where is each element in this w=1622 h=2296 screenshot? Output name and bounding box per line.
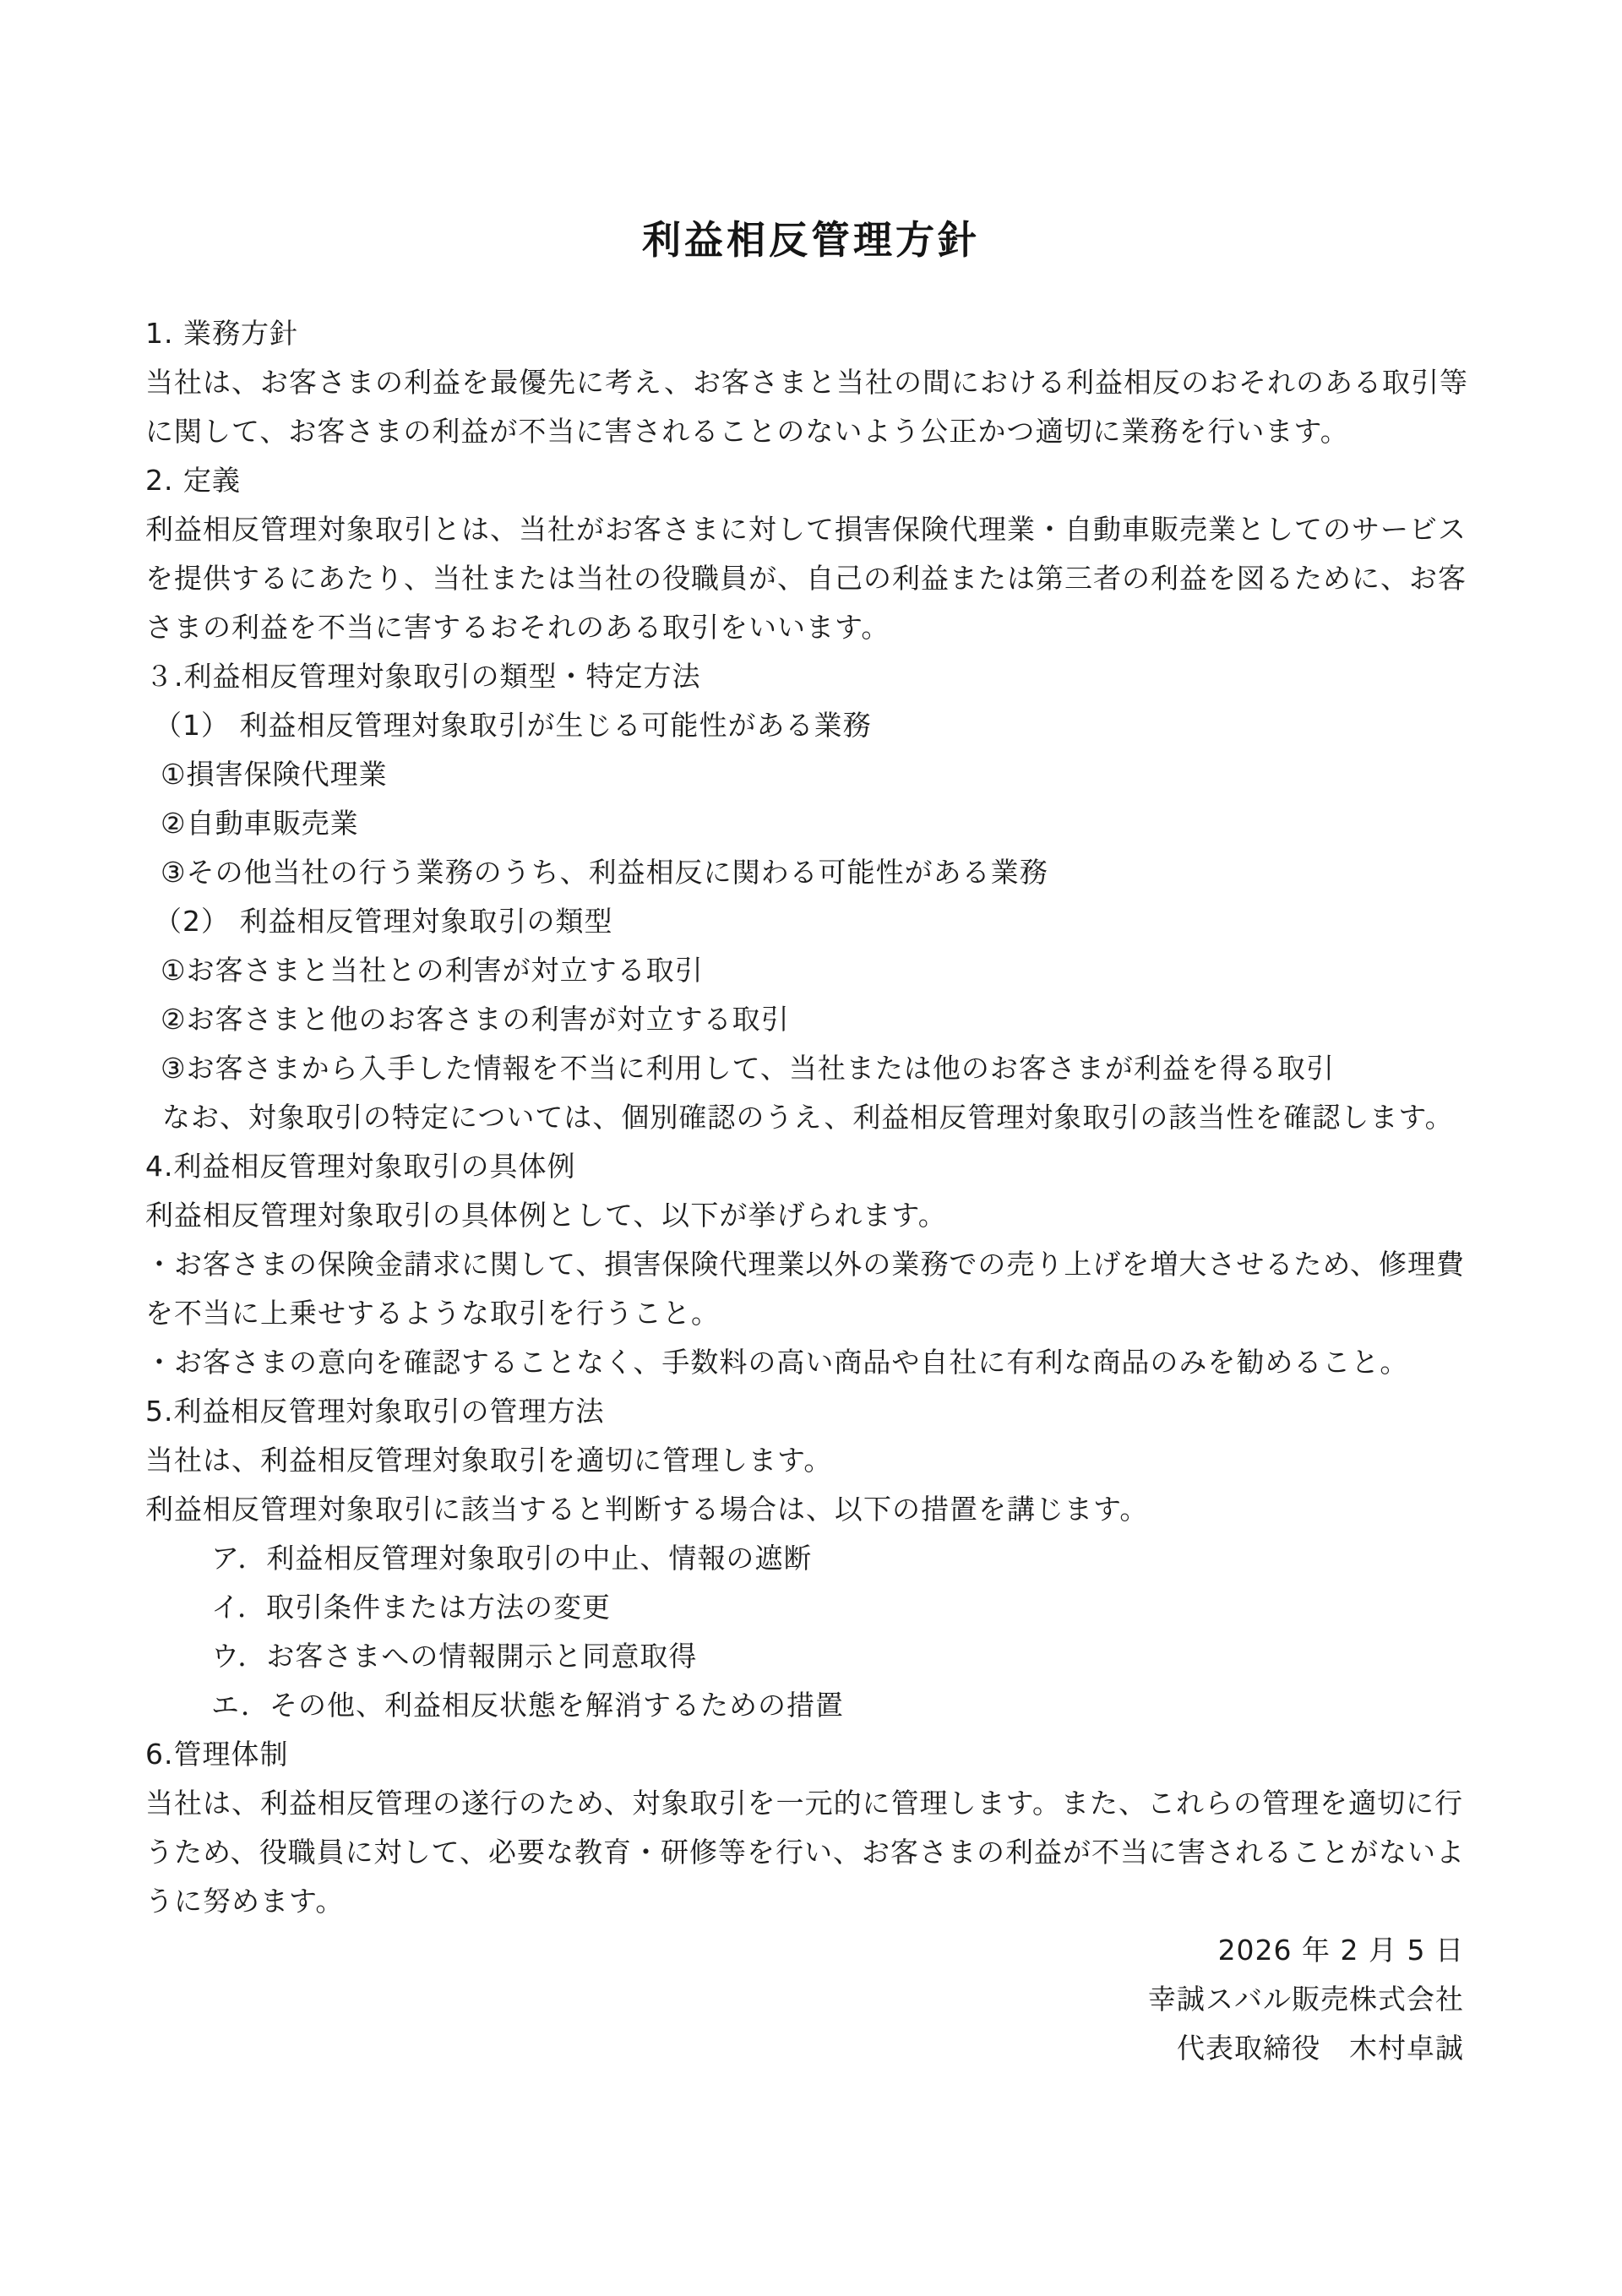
document-title: 利益相反管理方針: [0, 0, 1622, 265]
section-heading: ３.利益相反管理対象取引の類型・特定方法: [145, 652, 1485, 701]
body-line: さまの利益を不当に害するおそれのある取引をいいます。: [145, 603, 1485, 652]
body-line: 当社は、お客さまの利益を最優先に考え、お客さまと当社の間における利益相反のおそれ…: [145, 358, 1485, 407]
section-heading: 1. 業務方針: [145, 309, 1485, 358]
body-line: うため、役職員に対して、必要な教育・研修等を行い、お客さまの利益が不当に害される…: [145, 1828, 1485, 1877]
measure-list-item: ウ．お客さまへの情報開示と同意取得: [211, 1632, 1485, 1681]
numbered-item: ①損害保険代理業: [161, 750, 1485, 799]
document-page: 利益相反管理方針 1. 業務方針当社は、お客さまの利益を最優先に考え、お客さまと…: [0, 0, 1622, 2296]
sub-section-item: （2） 利益相反管理対象取引の類型: [154, 897, 1485, 946]
document-date: 2026 年 2 月 5 日: [0, 1926, 1464, 1975]
measure-list-item: エ．その他、利益相反状態を解消するための措置: [211, 1681, 1485, 1730]
numbered-item: ③その他当社の行う業務のうち、利益相反に関わる可能性がある業務: [161, 848, 1485, 897]
body-line: 当社は、利益相反管理対象取引を適切に管理します。: [145, 1436, 1485, 1485]
body-line: に関して、お客さまの利益が不当に害されることのないよう公正かつ適切に業務を行いま…: [145, 407, 1485, 456]
measure-list-item: ア．利益相反管理対象取引の中止、情報の遮断: [211, 1534, 1485, 1583]
numbered-item: ③お客さまから入手した情報を不当に利用して、当社または他のお客さまが利益を得る取…: [161, 1044, 1485, 1093]
body-line: 当社は、利益相反管理の遂行のため、対象取引を一元的に管理します。また、これらの管…: [145, 1779, 1485, 1828]
numbered-item: ①お客さまと当社との利害が対立する取引: [161, 946, 1485, 995]
section-heading: 2. 定義: [145, 456, 1485, 505]
document-body: 1. 業務方針当社は、お客さまの利益を最優先に考え、お客さまと当社の間における利…: [145, 309, 1485, 1926]
section-heading: 5.利益相反管理対象取引の管理方法: [145, 1387, 1485, 1436]
body-line: を提供するにあたり、当社または当社の役職員が、自己の利益または第三者の利益を図る…: [145, 554, 1485, 603]
section-heading: 4.利益相反管理対象取引の具体例: [145, 1142, 1485, 1191]
body-line: ・お客さまの保険金請求に関して、損害保険代理業以外の業務での売り上げを増大させる…: [145, 1240, 1485, 1289]
numbered-item: ②お客さまと他のお客さまの利害が対立する取引: [161, 995, 1485, 1044]
measure-list-item: イ．取引条件または方法の変更: [211, 1583, 1485, 1632]
company-name: 幸誠スバル販売株式会社: [0, 1975, 1464, 2024]
sub-section-item: （1） 利益相反管理対象取引が生じる可能性がある業務: [154, 701, 1485, 750]
note-line: なお、対象取引の特定については、個別確認のうえ、利益相反管理対象取引の該当性を確…: [162, 1093, 1485, 1142]
body-line: 利益相反管理対象取引の具体例として、以下が挙げられます。: [145, 1191, 1485, 1240]
body-line: を不当に上乗せするような取引を行うこと。: [145, 1289, 1485, 1338]
section-heading: 6.管理体制: [145, 1730, 1485, 1779]
body-line: 利益相反管理対象取引とは、当社がお客さまに対して損害保険代理業・自動車販売業とし…: [145, 505, 1485, 554]
body-line: うに努めます。: [145, 1877, 1485, 1926]
numbered-item: ②自動車販売業: [161, 799, 1485, 848]
body-line: 利益相反管理対象取引に該当すると判断する場合は、以下の措置を講じます。: [145, 1485, 1485, 1534]
body-line: ・お客さまの意向を確認することなく、手数料の高い商品や自社に有利な商品のみを勧め…: [145, 1338, 1485, 1387]
document-footer: 2026 年 2 月 5 日 幸誠スバル販売株式会社 代表取締役 木村卓誠: [0, 1926, 1464, 2073]
signer-name: 代表取締役 木村卓誠: [0, 2024, 1464, 2073]
